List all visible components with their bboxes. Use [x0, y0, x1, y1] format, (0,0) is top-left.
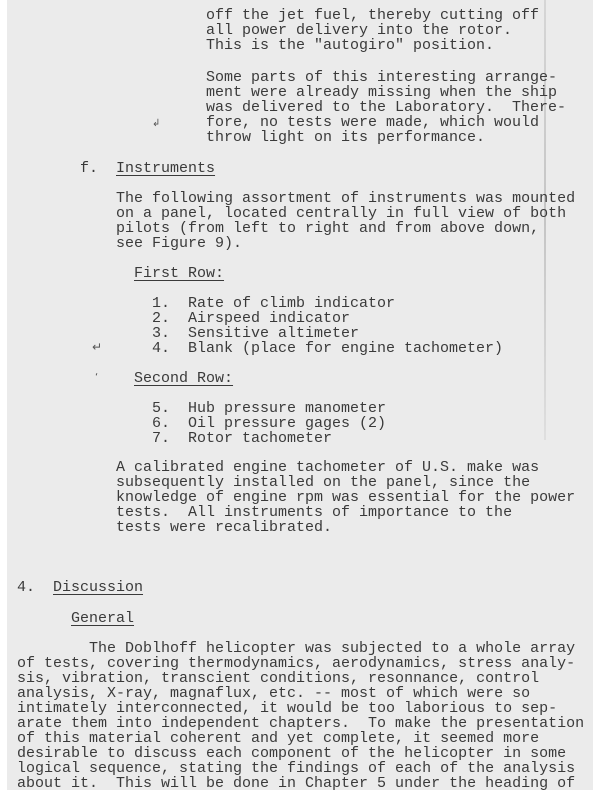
- list-number: 2.: [152, 311, 170, 326]
- list-item: Rate of climb indicator: [188, 296, 395, 311]
- intro-line: off the jet fuel, thereby cutting off: [206, 8, 539, 23]
- body-line: of tests, covering thermodynamics, aerod…: [17, 656, 575, 671]
- margin-mark: ↲: [152, 118, 160, 129]
- section-title: Discussion: [53, 580, 143, 595]
- body-line: analysis, X-ray, magnaflux, etc. -- most…: [17, 686, 530, 701]
- list-item: Sensitive altimeter: [188, 326, 359, 341]
- body-line: of this material coherent and yet comple…: [17, 731, 539, 746]
- body-line: desirable to discuss each component of t…: [17, 746, 566, 761]
- body-line: about it. This will be done in Chapter 5…: [17, 776, 575, 791]
- body-line: arate them into independent chapters. To…: [17, 716, 584, 731]
- list-item: Rotor tachometer: [188, 431, 332, 446]
- margin-mark: ↵: [92, 340, 102, 354]
- body-line: intimately interconnected, it would be t…: [17, 701, 557, 716]
- paragraph-line: see Figure 9).: [116, 236, 242, 251]
- paragraph-line: was delivered to the Laboratory. There-: [206, 100, 566, 115]
- body-line: sis, vibration, transcient conditions, r…: [17, 671, 539, 686]
- body-line: logical sequence, stating the findings o…: [17, 761, 575, 776]
- paragraph-line: tests. All instruments of importance to …: [116, 505, 512, 520]
- subheading: General: [71, 611, 134, 626]
- section-label: f.: [80, 161, 98, 176]
- list-number: 7.: [152, 431, 170, 446]
- intro-line: all power delivery into the rotor.: [206, 23, 512, 38]
- list-number: 4.: [152, 341, 170, 356]
- paragraph-line: fore, no tests were made, which would: [206, 115, 539, 130]
- list-item: Blank (place for engine tachometer): [188, 341, 503, 356]
- paragraph-line: throw light on its performance.: [206, 130, 485, 145]
- paragraph-line: on a panel, located centrally in full vi…: [116, 206, 566, 221]
- body-line: The Doblhoff helicopter was subjected to…: [17, 641, 575, 656]
- paragraph-line: pilots (from left to right and from abov…: [116, 221, 539, 236]
- section-title: Instruments: [116, 161, 215, 176]
- list-number: 1.: [152, 296, 170, 311]
- intro-line: This is the "autogiro" position.: [206, 38, 494, 53]
- margin-mark: ‘: [95, 372, 98, 383]
- paragraph-line: A calibrated engine tachometer of U.S. m…: [116, 460, 539, 475]
- second-row-heading: Second Row:: [134, 371, 233, 386]
- paragraph-line: The following assortment of instruments …: [116, 191, 575, 206]
- list-item: Hub pressure manometer: [188, 401, 386, 416]
- list-item: Oil pressure gages (2): [188, 416, 386, 431]
- paragraph-line: knowledge of engine rpm was essential fo…: [116, 490, 575, 505]
- section-label: 4.: [17, 580, 35, 595]
- list-number: 5.: [152, 401, 170, 416]
- list-item: Airspeed indicator: [188, 311, 350, 326]
- paragraph-line: ment were already missing when the ship: [206, 85, 557, 100]
- first-row-heading: First Row:: [134, 266, 224, 281]
- list-number: 3.: [152, 326, 170, 341]
- paragraph-line: Some parts of this interesting arrange-: [206, 70, 557, 85]
- paragraph-line: tests were recalibrated.: [116, 520, 332, 535]
- paragraph-line: subsequently installed on the panel, sin…: [116, 475, 530, 490]
- list-number: 6.: [152, 416, 170, 431]
